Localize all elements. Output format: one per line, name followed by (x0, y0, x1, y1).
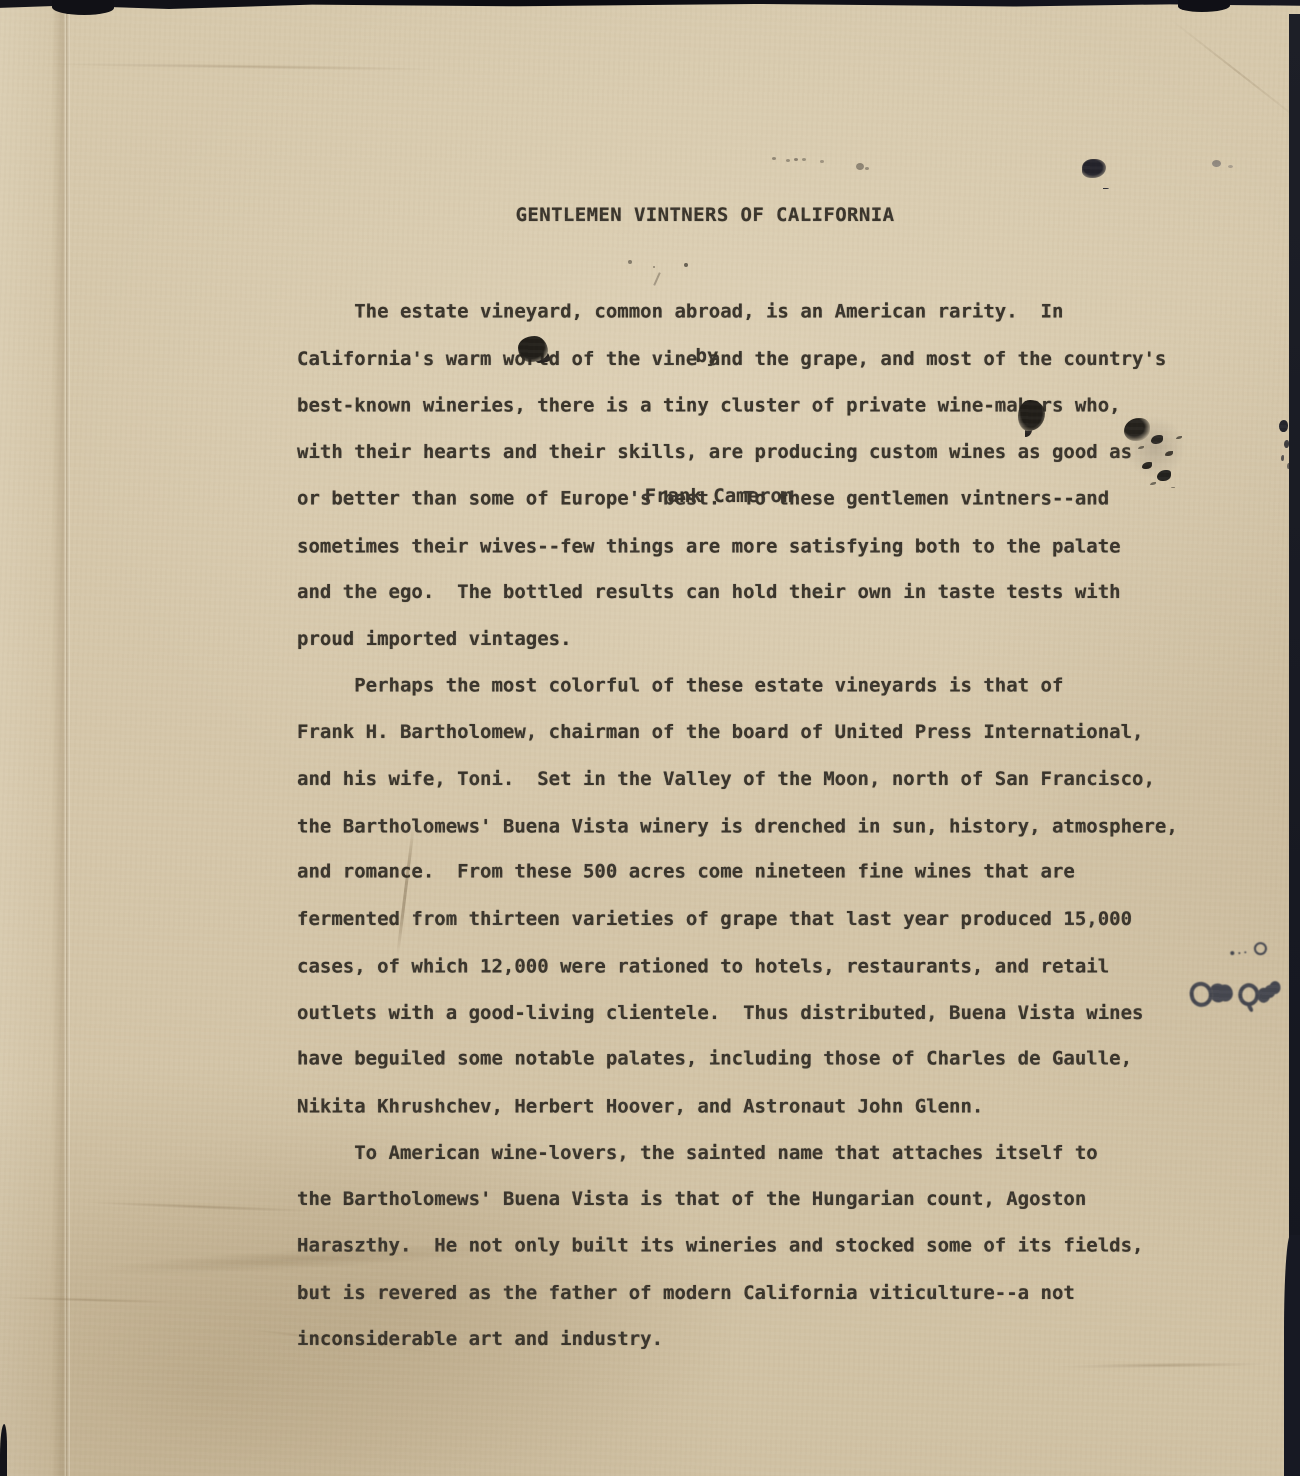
typescript-line: the Bartholomews' Buena Vista is that of… (297, 1176, 1178, 1223)
typescript-line: inconsiderable art and industry. (297, 1316, 1178, 1363)
document-title: GENTLEMEN VINTNERS OF CALIFORNIA (75, 192, 1300, 239)
typescript-line: have beguiled some notable palates, incl… (297, 1036, 1178, 1083)
typescript-line: best-known wineries, there is a tiny clu… (297, 383, 1178, 430)
typescript-line: and romance. From these 500 acres come n… (297, 849, 1178, 896)
typescript-line: To American wine-lovers, the sainted nam… (297, 1130, 1178, 1177)
typescript-line: proud imported vintages. (297, 616, 1178, 663)
typescript-line: and his wife, Toni. Set in the Valley of… (297, 756, 1178, 803)
document-body: The estate vineyard, common abroad, is a… (297, 289, 1178, 1363)
typescript-line: fermented from thirteen varieties of gra… (297, 896, 1178, 943)
typescript-line: with their hearts and their skills, are … (297, 429, 1178, 476)
typescript-line: cases, of which 12,000 were rationed to … (297, 943, 1178, 990)
typescript-line: Haraszthy. He not only built its winerie… (297, 1223, 1178, 1270)
typescript-line: the Bartholomews' Buena Vista winery is … (297, 803, 1178, 850)
typescript-line: and the ego. The bottled results can hol… (297, 569, 1178, 616)
typescript-line: Perhaps the most colorful of these estat… (297, 662, 1178, 709)
vertical-fold-crease (66, 0, 70, 1476)
typescript-line: California's warm world of the vine and … (297, 336, 1178, 383)
typescript-line: sometimes their wives--few things are mo… (297, 523, 1178, 570)
typescript-line: Nikita Khrushchev, Herbert Hoover, and A… (297, 1083, 1178, 1130)
scanned-typescript-page: GENTLEMEN VINTNERS OF CALIFORNIA by Fran… (0, 0, 1300, 1476)
typescript-line: but is revered as the father of modern C… (297, 1270, 1178, 1317)
typescript-line: Frank H. Bartholomew, chairman of the bo… (297, 709, 1178, 756)
typescript-line: outlets with a good-living clientele. Th… (297, 990, 1178, 1037)
folded-left-margin (0, 0, 66, 1476)
typescript-line: or better than some of Europe's best. To… (297, 475, 1178, 522)
typescript-line: The estate vineyard, common abroad, is a… (297, 289, 1178, 336)
